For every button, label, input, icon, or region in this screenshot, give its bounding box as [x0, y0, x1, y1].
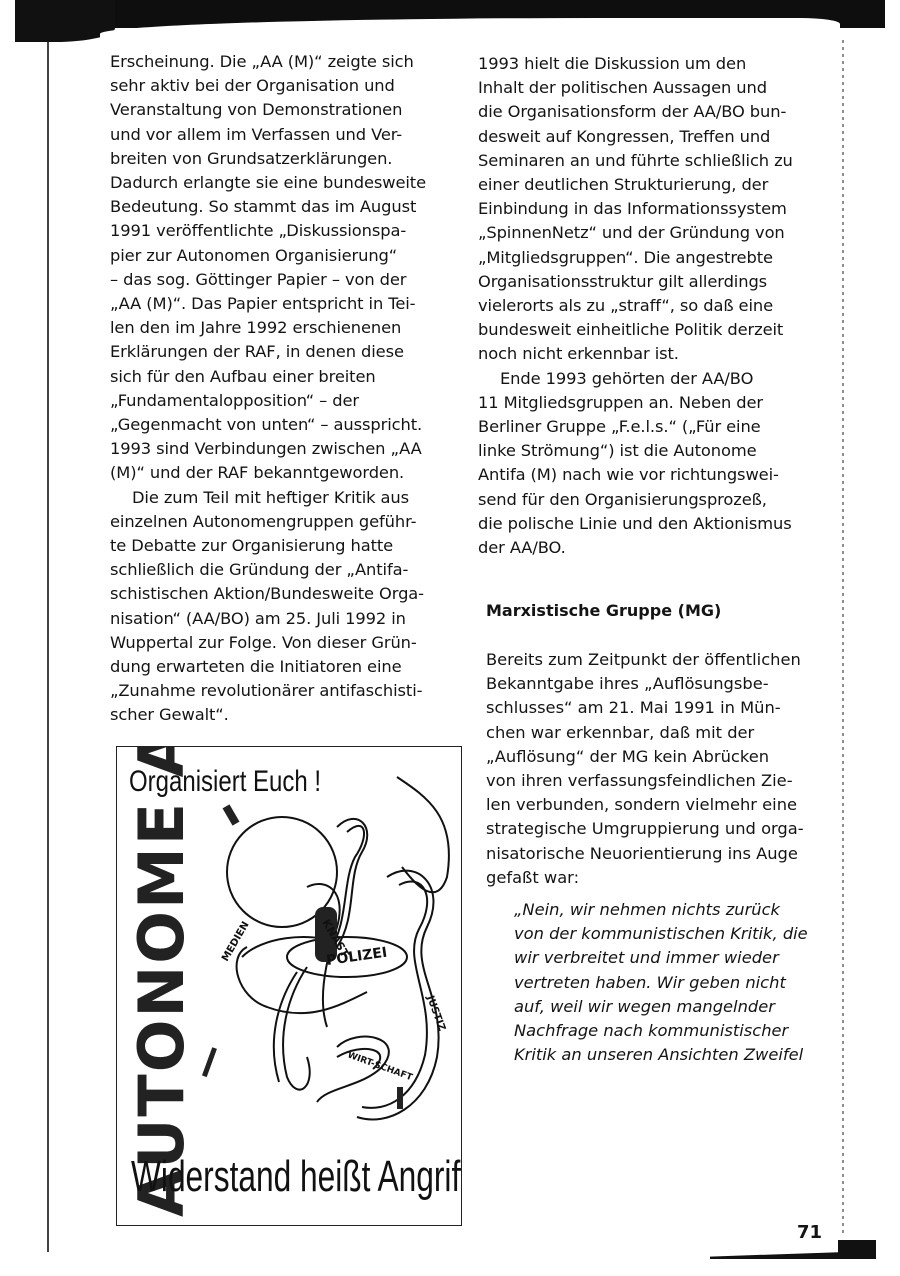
- text-line: Ende 1993 gehörten der AA/BO: [478, 367, 828, 391]
- text-line: desweit auf Kongressen, Treffen und: [478, 125, 828, 149]
- text-line: Bekanntgabe ihres „Auflösungsbe-: [486, 672, 831, 696]
- quote-line: Kritik an unseren Ansichten Zweifel: [514, 1043, 834, 1067]
- right-column-text: 1993 hielt die Diskussion um den Inhalt …: [478, 52, 828, 560]
- text-line: Die zum Teil mit heftiger Kritik aus: [110, 486, 455, 510]
- text-line: Organisationsstruktur gilt allerdings: [478, 270, 828, 294]
- page-number: 71: [797, 1222, 822, 1243]
- text-line: „Fundamentalopposition“ – der: [110, 389, 455, 413]
- octopus-illustration: KNAST POLIZEI MEDIEN JUSTIZ WIRT-SCHAFT: [187, 757, 457, 1147]
- text-line: einer deutlichen Strukturierung, der: [478, 173, 828, 197]
- text-line: breiten von Grundsatzerklärungen.: [110, 147, 455, 171]
- text-line: 11 Mitgliedsgruppen an. Neben der: [478, 391, 828, 415]
- text-line: chen war erkennbar, daß mit der: [486, 721, 831, 745]
- poster-vertical-title: AUTONOME ANTIFA: [125, 746, 198, 1217]
- text-line: – das sog. Göttinger Papier – von der: [110, 268, 455, 292]
- text-line: Antifa (M) nach wie vor richtungswei-: [478, 463, 828, 487]
- poster-top-slogan: Organisiert Euch !: [129, 765, 321, 799]
- text-line: vielerorts als zu „straff“, so daß eine: [478, 294, 828, 318]
- text-line: Berliner Gruppe „F.e.l.s.“ („Für eine: [478, 415, 828, 439]
- text-line: Bereits zum Zeitpunkt der öffentlichen: [486, 648, 831, 672]
- text-line: linke Strömung“) ist die Autonome: [478, 439, 828, 463]
- text-line: gefaßt war:: [486, 866, 831, 890]
- text-line: Inhalt der politischen Aussagen und: [478, 76, 828, 100]
- text-line: Wuppertal zur Folge. Von dieser Grün-: [110, 631, 455, 655]
- text-line: „Zunahme revolutionärer antifaschisti-: [110, 679, 455, 703]
- poster-figure: KNAST POLIZEI MEDIEN JUSTIZ WIRT-SCHAFT …: [116, 746, 462, 1226]
- text-line: „Mitgliedsgruppen“. Die angestrebte: [478, 246, 828, 270]
- page-right-edge: [842, 40, 844, 1235]
- text-line: von ihren verfassungsfeindlichen Zie-: [486, 769, 831, 793]
- text-line: „Auflösung“ der MG kein Abrücken: [486, 745, 831, 769]
- text-line: „SpinnenNetz“ und der Gründung von: [478, 221, 828, 245]
- text-line: einzelnen Autonomengruppen geführ-: [110, 510, 455, 534]
- text-line: len verbunden, sondern vielmehr eine: [486, 793, 831, 817]
- text-line: schistischen Aktion/Bundesweite Orga-: [110, 582, 455, 606]
- text-line: Einbindung in das Informationssystem: [478, 197, 828, 221]
- text-line: Erscheinung. Die „AA (M)“ zeigte sich: [110, 50, 455, 74]
- text-line: 1993 sind Verbindungen zwischen „AA: [110, 437, 455, 461]
- text-line: dung erwarteten die Initiatoren eine: [110, 655, 455, 679]
- text-line: die polische Linie und den Aktionismus: [478, 512, 828, 536]
- quote-line: Nachfrage nach kommunistischer: [514, 1019, 834, 1043]
- text-line: scher Gewalt“.: [110, 703, 455, 727]
- text-line: noch nicht erkennbar ist.: [478, 342, 828, 366]
- text-line: bundesweit einheitliche Politik derzeit: [478, 318, 828, 342]
- text-line: 1993 hielt die Diskussion um den: [478, 52, 828, 76]
- text-line: Erklärungen der RAF, in denen diese: [110, 340, 455, 364]
- text-line: Bedeutung. So stammt das im August: [110, 195, 455, 219]
- text-line: der AA/BO.: [478, 536, 828, 560]
- text-line: „AA (M)“. Das Papier entspricht in Tei-: [110, 292, 455, 316]
- page-left-edge: [47, 42, 49, 1252]
- text-line: strategische Umgruppierung und orga-: [486, 817, 831, 841]
- left-column-text: Erscheinung. Die „AA (M)“ zeigte sich se…: [110, 50, 455, 728]
- section-body: Bereits zum Zeitpunkt der öffentlichen B…: [486, 648, 831, 890]
- quote-line: von der kommunistischen Kritik, die: [514, 922, 834, 946]
- text-line: te Debatte zur Organisierung hatte: [110, 534, 455, 558]
- text-line: Dadurch erlangte sie eine bundesweite: [110, 171, 455, 195]
- poster-bottom-slogan: Widerstand heißt Angriff !: [131, 1152, 462, 1202]
- quote-line: auf, weil wir wegen mangelnder: [514, 995, 834, 1019]
- section-heading: Marxistische Gruppe (MG): [486, 601, 721, 620]
- text-line: sich für den Aufbau einer breiten: [110, 365, 455, 389]
- text-line: pier zur Autonomen Organisierung“: [110, 244, 455, 268]
- text-line: „Gegenmacht von unten“ – ausspricht.: [110, 413, 455, 437]
- quote-line: wir verbreitet und immer wieder: [514, 946, 834, 970]
- text-line: sehr aktiv bei der Organisation und: [110, 74, 455, 98]
- scan-bottom-corner: [838, 1240, 876, 1259]
- text-line: nisatorische Neuorientierung ins Auge: [486, 842, 831, 866]
- text-line: len den im Jahre 1992 erschienenen: [110, 316, 455, 340]
- text-line: schließlich die Gründung der „Antifa-: [110, 558, 455, 582]
- text-line: Seminaren an und führte schließlich zu: [478, 149, 828, 173]
- text-line: (M)“ und der RAF bekanntgeworden.: [110, 461, 455, 485]
- label-medien: MEDIEN: [220, 920, 252, 964]
- quote-line: vertreten haben. Wir geben nicht: [514, 971, 834, 995]
- text-line: die Organisationsform der AA/BO bun-: [478, 100, 828, 124]
- text-line: schlusses“ am 21. Mai 1991 in Mün-: [486, 696, 831, 720]
- text-line: Veranstaltung von Demonstrationen: [110, 98, 455, 122]
- block-quote: „Nein, wir nehmen nichts zurück von der …: [514, 898, 834, 1067]
- text-line: send für den Organisierungsprozeß,: [478, 488, 828, 512]
- text-line: nisation“ (AA/BO) am 25. Juli 1992 in: [110, 607, 455, 631]
- text-line: 1991 veröffentlichte „Diskussionspa-: [110, 219, 455, 243]
- quote-line: „Nein, wir nehmen nichts zurück: [514, 898, 834, 922]
- text-line: und vor allem im Verfassen und Ver-: [110, 123, 455, 147]
